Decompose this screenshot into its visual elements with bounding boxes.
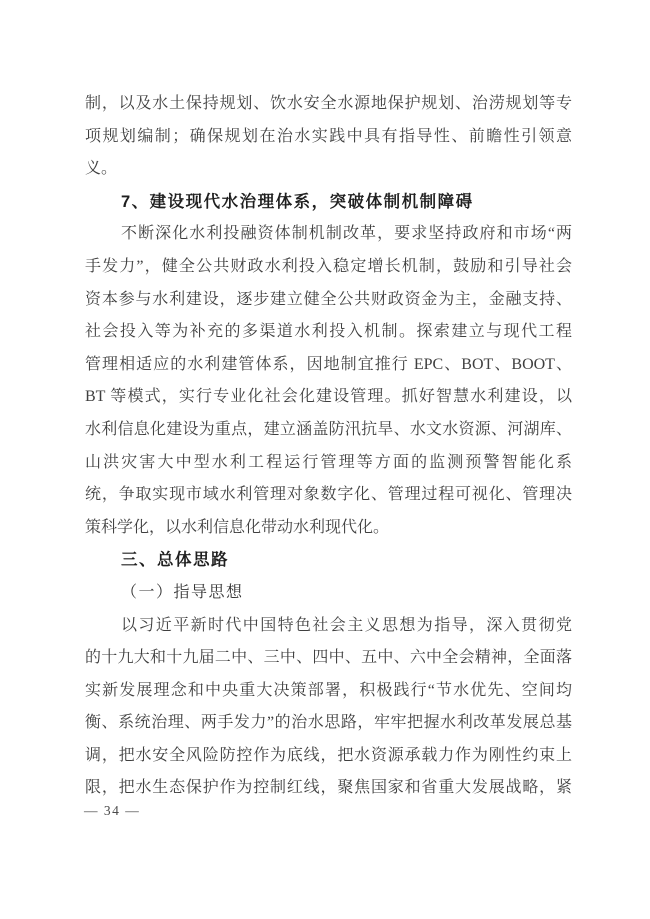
text-line: 的十九大和十九届二中、三中、四中、五中、六中全会精神，全面落 (85, 642, 572, 675)
text-line: 管理相适应的水利建管体系，因地制宜推行 EPC、BOT、BOOT、 (85, 349, 572, 382)
text-line: 项规划编制；确保规划在治水实践中具有指导性、前瞻性引领意 (85, 121, 572, 154)
paragraph-first-line: 不断深化水利投融资体制机制改革，要求坚持政府和市场“两 (85, 218, 572, 251)
document-page: 制，以及水土保持规划、饮水安全水源地保护规划、治涝规划等专 项规划编制；确保规划… (0, 0, 650, 919)
text-line: 实新发展理念和中央重大决策部署，积极践行“节水优先、空间均 (85, 675, 572, 708)
text-line: 水利信息化建设为重点，建立涵盖防汛抗旱、水文水资源、河湖库、 (85, 414, 572, 447)
text-line: 资本参与水利建设，逐步建立健全公共财政资金为主，金融支持、 (85, 284, 572, 317)
text-line: 山洪灾害大中型水利工程运行管理等方面的监测预警智能化系 (85, 447, 572, 480)
section-heading-three: 三、总体思路 (85, 544, 572, 577)
text-line: 统，争取实现市域水利管理对象数字化、管理过程可视化、管理决 (85, 479, 572, 512)
section-heading-7: 7、建设现代水治理体系，突破体制机制障碍 (85, 186, 572, 219)
text-line: 限，把水生态保护作为控制红线，聚焦国家和省重大发展战略，紧 (85, 772, 572, 805)
paragraph-last-line: 策科学化，以水利信息化带动水利现代化。 (85, 512, 572, 545)
text-line: 手发力”，健全公共财政水利投入稳定增长机制，鼓励和引导社会 (85, 251, 572, 284)
paragraph-first-line: 以习近平新时代中国特色社会主义思想为指导，深入贯彻党 (85, 610, 572, 643)
text-line: 制，以及水土保持规划、饮水安全水源地保护规划、治涝规划等专 (85, 88, 572, 121)
text-line: 社会投入等为补充的多渠道水利投入机制。探索建立与现代工程 (85, 316, 572, 349)
document-text: 制，以及水土保持规划、饮水安全水源地保护规划、治涝规划等专 项规划编制；确保规划… (85, 88, 572, 805)
subsection-heading: （一）指导思想 (85, 577, 572, 610)
page-number: — 34 — (84, 801, 140, 821)
text-line: BT 等模式，实行专业化社会化建设管理。抓好智慧水利建设，以 (85, 381, 572, 414)
text-line: 调，把水安全风险防控作为底线，把水资源承载力作为刚性约束上 (85, 740, 572, 773)
text-line: 衡、系统治理、两手发力”的治水思路，牢牢把握水利改革发展总基 (85, 707, 572, 740)
text-line: 义。 (85, 153, 572, 186)
